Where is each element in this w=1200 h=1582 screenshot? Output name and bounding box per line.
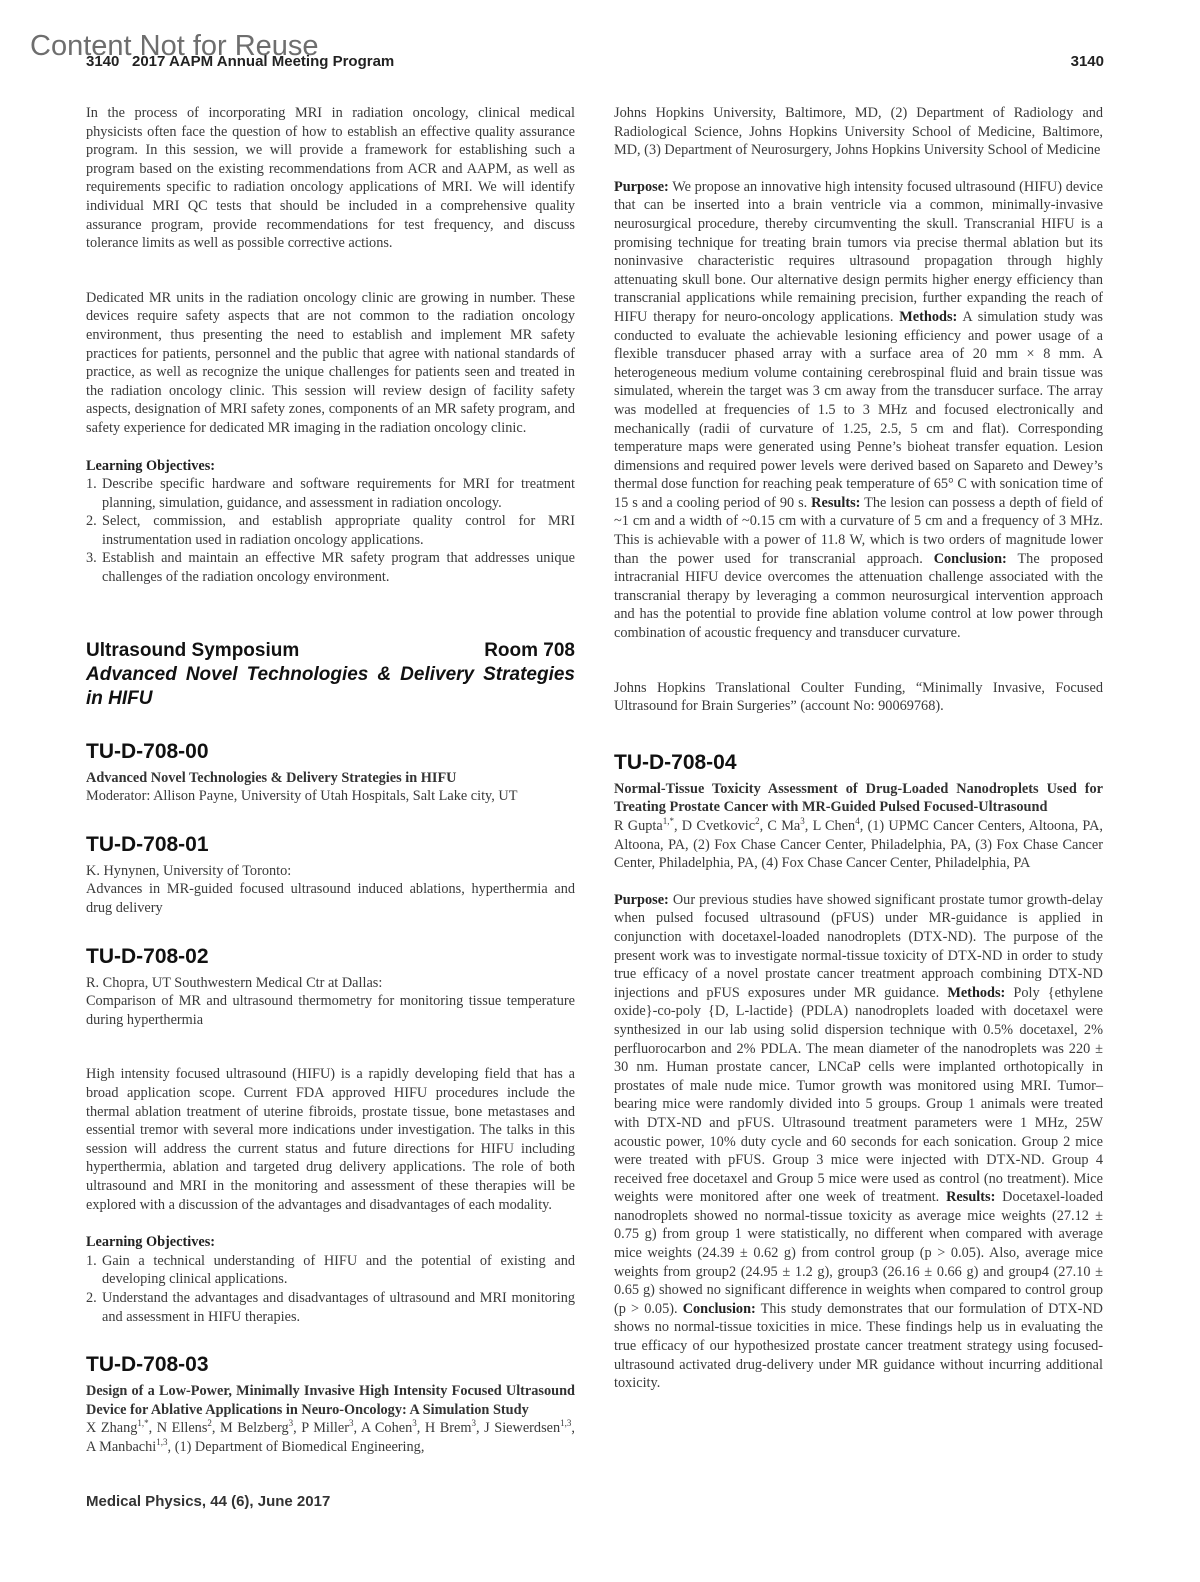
speaker: R. Chopra, UT Southwestern Medical Ctr a…: [86, 974, 575, 993]
abstract-title: Advanced Novel Technologies & Delivery S…: [86, 769, 575, 788]
intro-paragraph-1: In the process of incorporating MRI in r…: [86, 104, 575, 253]
learning-objectives-1: Learning Objectives: 1.Describe specific…: [86, 457, 575, 587]
talk-title: Comparison of MR and ultrasound thermome…: [86, 992, 575, 1029]
abstract-id: TU-D-708-02: [86, 944, 575, 970]
abstract-id: TU-D-708-04: [614, 750, 1103, 776]
objective-item: 1.Describe specific hardware and softwar…: [86, 475, 575, 512]
symposium-name: Ultrasound Symposium: [86, 639, 299, 663]
moderator: Moderator: Allison Payne, University of …: [86, 787, 575, 806]
objective-item: 2.Understand the advantages and disadvan…: [86, 1289, 575, 1326]
abstract-body-04: Purpose: Our previous studies have showe…: [614, 891, 1103, 1393]
author-list: R Gupta1,*, D Cvetkovic2, C Ma3, L Chen4…: [614, 817, 1103, 873]
abstract-id: TU-D-708-01: [86, 832, 575, 858]
abstract-tu-d-708-04: TU-D-708-04 Normal-Tissue Toxicity Asses…: [614, 750, 1103, 1393]
abstract-tu-d-708-02: TU-D-708-02 R. Chopra, UT Southwestern M…: [86, 944, 575, 1030]
objective-item: 3.Establish and maintain an effective MR…: [86, 549, 575, 586]
hifu-paragraph: High intensity focused ultrasound (HIFU)…: [86, 1065, 575, 1214]
symposium-title: Advanced Novel Technologies & Delivery S…: [86, 663, 575, 711]
left-column: In the process of incorporating MRI in r…: [86, 104, 575, 1457]
speaker: K. Hynynen, University of Toronto:: [86, 862, 575, 881]
talk-title: Advances in MR-guided focused ultrasound…: [86, 880, 575, 917]
symposium-room: Room 708: [484, 639, 575, 663]
objective-item: 2.Select, commission, and establish appr…: [86, 512, 575, 549]
symposium-header: Ultrasound Symposium Room 708 Advanced N…: [86, 639, 575, 711]
abstract-body-03: Purpose: We propose an innovative high i…: [614, 178, 1103, 643]
learning-objectives-heading: Learning Objectives:: [86, 457, 575, 476]
abstract-tu-d-708-03: TU-D-708-03 Design of a Low-Power, Minim…: [86, 1352, 575, 1456]
footer-citation: Medical Physics, 44 (6), June 2017: [86, 1493, 330, 1510]
learning-objectives-2: Learning Objectives: 1.Gain a technical …: [86, 1233, 575, 1326]
intro-paragraph-2: Dedicated MR units in the radiation onco…: [86, 289, 575, 438]
abstract-id: TU-D-708-03: [86, 1352, 575, 1378]
page-number-right: 3140: [1071, 53, 1104, 70]
funding-note: Johns Hopkins Translational Coulter Fund…: [614, 679, 1103, 716]
right-column: Johns Hopkins University, Baltimore, MD,…: [614, 104, 1103, 1393]
affiliations: Johns Hopkins University, Baltimore, MD,…: [614, 104, 1103, 160]
author-list: X Zhang1,*, N Ellens2, M Belzberg3, P Mi…: [86, 1419, 575, 1456]
objective-item: 1.Gain a technical understanding of HIFU…: [86, 1252, 575, 1289]
abstract-title: Design of a Low-Power, Minimally Invasiv…: [86, 1382, 575, 1419]
abstract-tu-d-708-01: TU-D-708-01 K. Hynynen, University of To…: [86, 832, 575, 918]
abstract-tu-d-708-00: TU-D-708-00 Advanced Novel Technologies …: [86, 739, 575, 806]
watermark: Content Not for Reuse: [30, 30, 319, 63]
abstract-title: Normal-Tissue Toxicity Assessment of Dru…: [614, 780, 1103, 817]
abstract-id: TU-D-708-00: [86, 739, 575, 765]
learning-objectives-heading: Learning Objectives:: [86, 1233, 575, 1252]
